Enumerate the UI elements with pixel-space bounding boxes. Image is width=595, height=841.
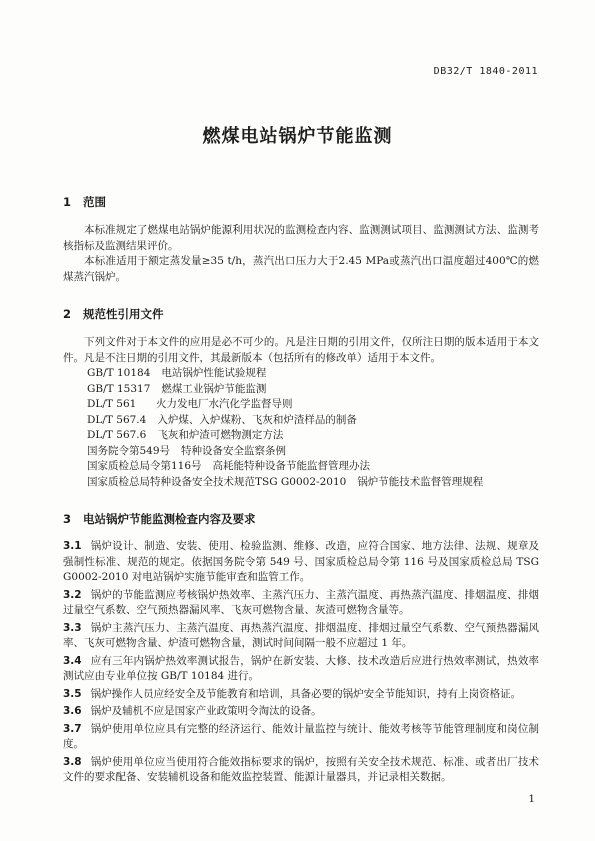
reference-title: 锅炉节能技术监督管理规程 bbox=[357, 476, 483, 488]
reference-item: GB/T 10184电站锅炉性能试验规程 bbox=[87, 366, 539, 382]
reference-item: DL/T 567.6飞灰和炉渣可燃物测定方法 bbox=[87, 428, 539, 444]
clause-number: 3.1 bbox=[63, 540, 82, 552]
clause-number: 3.8 bbox=[63, 756, 82, 768]
reference-code: 国务院令第549号 bbox=[87, 444, 170, 460]
page-number: 1 bbox=[528, 793, 535, 805]
standard-code: DB32/T 1840-2011 bbox=[434, 66, 538, 77]
clause-number: 3.3 bbox=[63, 622, 82, 634]
section-heading-normative-references: 2规范性引用文件 bbox=[63, 306, 539, 322]
reference-item: 国家质检总局特种设备安全技术规范TSG G0002-2010锅炉节能技术监督管理… bbox=[87, 475, 539, 491]
reference-item: 国务院令第549号特种设备安全监察条例 bbox=[87, 444, 539, 460]
clause-3-4: 3.4应有三年内锅炉热效率测试报告，锅炉在新安装、大修、技术改造后应进行热效率测… bbox=[63, 654, 539, 685]
clause-text: 锅炉主蒸汽压力、主蒸汽温度、再热蒸汽温度、排烟温度、排烟过量空气系数、空气预热器… bbox=[63, 622, 539, 650]
reference-title: 电站锅炉性能试验规程 bbox=[161, 367, 266, 379]
reference-title: 特种设备安全监察条例 bbox=[181, 445, 286, 457]
reference-title: 入炉煤、入炉煤粉、飞灰和炉渣样品的制备 bbox=[157, 414, 357, 426]
clause-text: 锅炉的节能监测应考核锅炉热效率、主蒸汽压力、主蒸汽温度、再热蒸汽温度、排烟温度、… bbox=[63, 589, 539, 617]
clause-3-7: 3.7锅炉使用单位应具有完整的经济运行、能效计量监控与统计、能效考核等节能管理制… bbox=[63, 722, 539, 753]
section-heading-monitoring-requirements: 3电站锅炉节能监测检查内容及要求 bbox=[63, 511, 539, 527]
clause-text: 锅炉设计、制造、安装、使用、检验监测、维修、改造，应符合国家、地方法律、法规、规… bbox=[63, 540, 539, 583]
reference-code: GB/T 10184 bbox=[87, 366, 150, 382]
section-title: 电站锅炉节能监测检查内容及要求 bbox=[83, 512, 256, 526]
clause-3-8: 3.8锅炉使用单位应当使用符合能效指标要求的锅炉，按照有关安全技术规范、标准、或… bbox=[63, 755, 539, 786]
reference-title: 火力发电厂水汽化学监督导则 bbox=[156, 398, 293, 410]
paragraph: 本标准适用于额定蒸发量≥35 t/h，蒸汽出口压力大于2.45 MPa或蒸汽出口… bbox=[63, 254, 539, 285]
reference-title: 燃煤工业锅炉节能监测 bbox=[161, 383, 266, 395]
reference-title: 飞灰和炉渣可燃物测定方法 bbox=[157, 429, 283, 441]
section-number: 1 bbox=[63, 194, 71, 210]
clause-3-5: 3.5锅炉操作人员应经安全及节能教育和培训，具备必要的锅炉安全节能知识，持有上岗… bbox=[63, 687, 539, 703]
document-page: DB32/T 1840-2011 燃煤电站锅炉节能监测 1范围 本标准规定了燃煤… bbox=[0, 0, 595, 841]
section-title: 范围 bbox=[83, 195, 106, 209]
section-title: 规范性引用文件 bbox=[83, 307, 164, 321]
reference-item: DL/T 561火力发电厂水汽化学监督导则 bbox=[87, 397, 539, 413]
reference-list: GB/T 10184电站锅炉性能试验规程 GB/T 15317燃煤工业锅炉节能监… bbox=[63, 366, 539, 490]
clause-number: 3.6 bbox=[63, 705, 82, 717]
section-number: 2 bbox=[63, 306, 71, 322]
clause-3-1: 3.1锅炉设计、制造、安装、使用、检验监测、维修、改造，应符合国家、地方法律、法… bbox=[63, 539, 539, 586]
clause-text: 锅炉及辅机不应是国家产业政策明令淘汰的设备。 bbox=[91, 705, 322, 717]
reference-item: DL/T 567.4入炉煤、入炉煤粉、飞灰和炉渣样品的制备 bbox=[87, 413, 539, 429]
clause-number: 3.5 bbox=[63, 688, 82, 700]
reference-code: DL/T 567.4 bbox=[87, 413, 146, 429]
reference-code: 国家质检总局特种设备安全技术规范TSG G0002-2010 bbox=[87, 475, 346, 491]
document-body: 1范围 本标准规定了燃煤电站锅炉能源利用状况的监测检查内容、监测测试项目、监测测… bbox=[63, 194, 539, 786]
clause-3-2: 3.2锅炉的节能监测应考核锅炉热效率、主蒸汽压力、主蒸汽温度、再热蒸汽温度、排烟… bbox=[63, 588, 539, 619]
reference-code: 国家质检总局令第116号 bbox=[87, 459, 202, 475]
paragraph: 本标准规定了燃煤电站锅炉能源利用状况的监测检查内容、监测测试项目、监测测试方法、… bbox=[63, 223, 539, 254]
section-number: 3 bbox=[63, 511, 71, 527]
reference-title: 高耗能特种设备节能监督管理办法 bbox=[213, 460, 371, 472]
clause-text: 锅炉使用单位应当使用符合能效指标要求的锅炉，按照有关安全技术规范、标准、或者出厂… bbox=[63, 756, 539, 784]
clause-number: 3.2 bbox=[63, 589, 82, 601]
clause-number: 3.7 bbox=[63, 723, 82, 735]
reference-code: GB/T 15317 bbox=[87, 382, 150, 398]
reference-item: GB/T 15317燃煤工业锅炉节能监测 bbox=[87, 382, 539, 398]
reference-item: 国家质检总局令第116号高耗能特种设备节能监督管理办法 bbox=[87, 459, 539, 475]
clause-text: 锅炉使用单位应具有完整的经济运行、能效计量监控与统计、能效考核等节能管理制度和岗… bbox=[63, 723, 539, 751]
section-heading-scope: 1范围 bbox=[63, 194, 539, 210]
paragraph: 下列文件对于本文件的应用是必不可少的。凡是注日期的引用文件，仅所注日期的版本适用… bbox=[63, 335, 539, 366]
clause-number: 3.4 bbox=[63, 655, 82, 667]
clause-3-3: 3.3锅炉主蒸汽压力、主蒸汽温度、再热蒸汽温度、排烟温度、排烟过量空气系数、空气… bbox=[63, 621, 539, 652]
clause-text: 应有三年内锅炉热效率测试报告，锅炉在新安装、大修、技术改造后应进行热效率测试，热… bbox=[63, 655, 539, 683]
reference-code: DL/T 561 bbox=[87, 397, 145, 413]
clause-text: 锅炉操作人员应经安全及节能教育和培训，具备必要的锅炉安全节能知识，持有上岗资格证… bbox=[91, 688, 522, 700]
reference-code: DL/T 567.6 bbox=[87, 428, 146, 444]
clause-3-6: 3.6锅炉及辅机不应是国家产业政策明令淘汰的设备。 bbox=[63, 704, 539, 720]
document-title: 燃煤电站锅炉节能监测 bbox=[0, 124, 595, 150]
